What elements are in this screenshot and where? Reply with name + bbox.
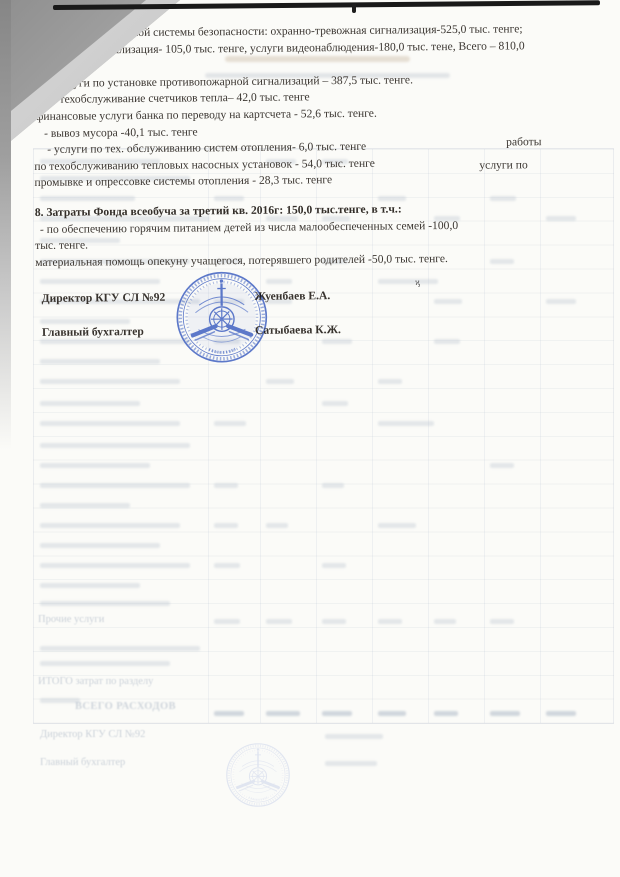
bleed-signature-smudge — [325, 761, 377, 766]
bleed-smudge — [40, 463, 150, 468]
bleed-signature-smudge — [325, 734, 383, 739]
bleed-smudge — [266, 523, 288, 528]
bleed-smudge — [322, 563, 346, 568]
bleed-smudge — [266, 711, 300, 716]
signature-role: Директор КГУ СЛ №92 — [42, 290, 166, 308]
bleed-smudge — [214, 711, 244, 716]
bleed-smudge — [40, 543, 160, 548]
bleed-smudge — [322, 483, 344, 488]
signature-row: Директор КГУ СЛ №92 Жуенбаев Е.А. — [36, 286, 611, 326]
bleed-smudge — [40, 379, 180, 384]
bleed-signature-role: Главный бухгалтер — [40, 757, 125, 768]
bleed-smudge — [214, 523, 238, 528]
bleed-smudge — [378, 421, 434, 426]
bleed-smudge — [40, 698, 80, 703]
bleed-smudge — [434, 711, 458, 716]
bleed-smudge — [40, 483, 190, 488]
bleed-smudge — [40, 421, 180, 426]
bleed-smudge — [214, 619, 240, 624]
bleed-smudge — [40, 601, 170, 606]
signature-row: Главный бухгалтер Сатыбаева К.Ж. — [36, 320, 611, 360]
bleed-smudge — [546, 711, 576, 716]
bleed-smudge — [214, 421, 246, 426]
bleed-smudge — [434, 619, 456, 624]
margin-note: работы — [506, 134, 542, 151]
bleed-smudge — [322, 711, 352, 716]
bleed-smudge — [214, 483, 238, 488]
bleed-row-label: ИТОГО затрат по разделу — [38, 676, 153, 687]
bleed-smudge — [40, 503, 130, 508]
signature-role: Главный бухгалтер — [42, 324, 144, 342]
scan-edge-strip — [0, 0, 11, 450]
stray-ink-mark: ϗ — [415, 277, 420, 287]
bleed-smudge — [40, 443, 190, 448]
bleed-smudge — [266, 379, 294, 384]
bleed-smudge — [40, 583, 140, 588]
bleed-smudge — [490, 711, 520, 716]
bleed-smudge — [40, 646, 200, 651]
bleed-smudge — [40, 661, 170, 666]
bleed-smudge — [322, 401, 348, 406]
bleed-smudge — [378, 711, 406, 716]
bleed-smudge — [490, 463, 514, 468]
bleed-row-label: Прочие услуги — [38, 614, 104, 625]
bleed-smudge — [40, 523, 180, 528]
bleed-total-row-label: ВСЕГО РАСХОДОВ — [75, 701, 176, 712]
bleed-stamp-icon — [225, 742, 291, 808]
bleed-smudge — [378, 619, 402, 624]
margin-note: услуги по — [479, 157, 528, 174]
scan-top-band-tick — [352, 4, 356, 13]
official-stamp-icon — [174, 270, 269, 365]
bleed-smudge — [266, 619, 292, 624]
bleed-smudge — [322, 619, 346, 624]
bleed-smudge — [40, 401, 140, 406]
signature-block: Директор КГУ СЛ №92 Жуенбаев Е.А. Главны… — [36, 286, 612, 360]
bleed-smudge — [378, 523, 416, 528]
bleed-smudge — [40, 563, 190, 568]
bleed-smudge — [214, 563, 240, 568]
bleed-smudge — [490, 619, 514, 624]
bleed-signature-role: Директор КГУ СЛ №92 — [40, 729, 145, 740]
document-text-block: услуги комплексной системы безопасности:… — [33, 20, 611, 359]
bleed-smudge — [40, 359, 160, 364]
scanned-document-page: Прочие услуги ИТОГО затрат по разделу ВС… — [0, 0, 620, 877]
bleed-smudge — [378, 379, 402, 384]
